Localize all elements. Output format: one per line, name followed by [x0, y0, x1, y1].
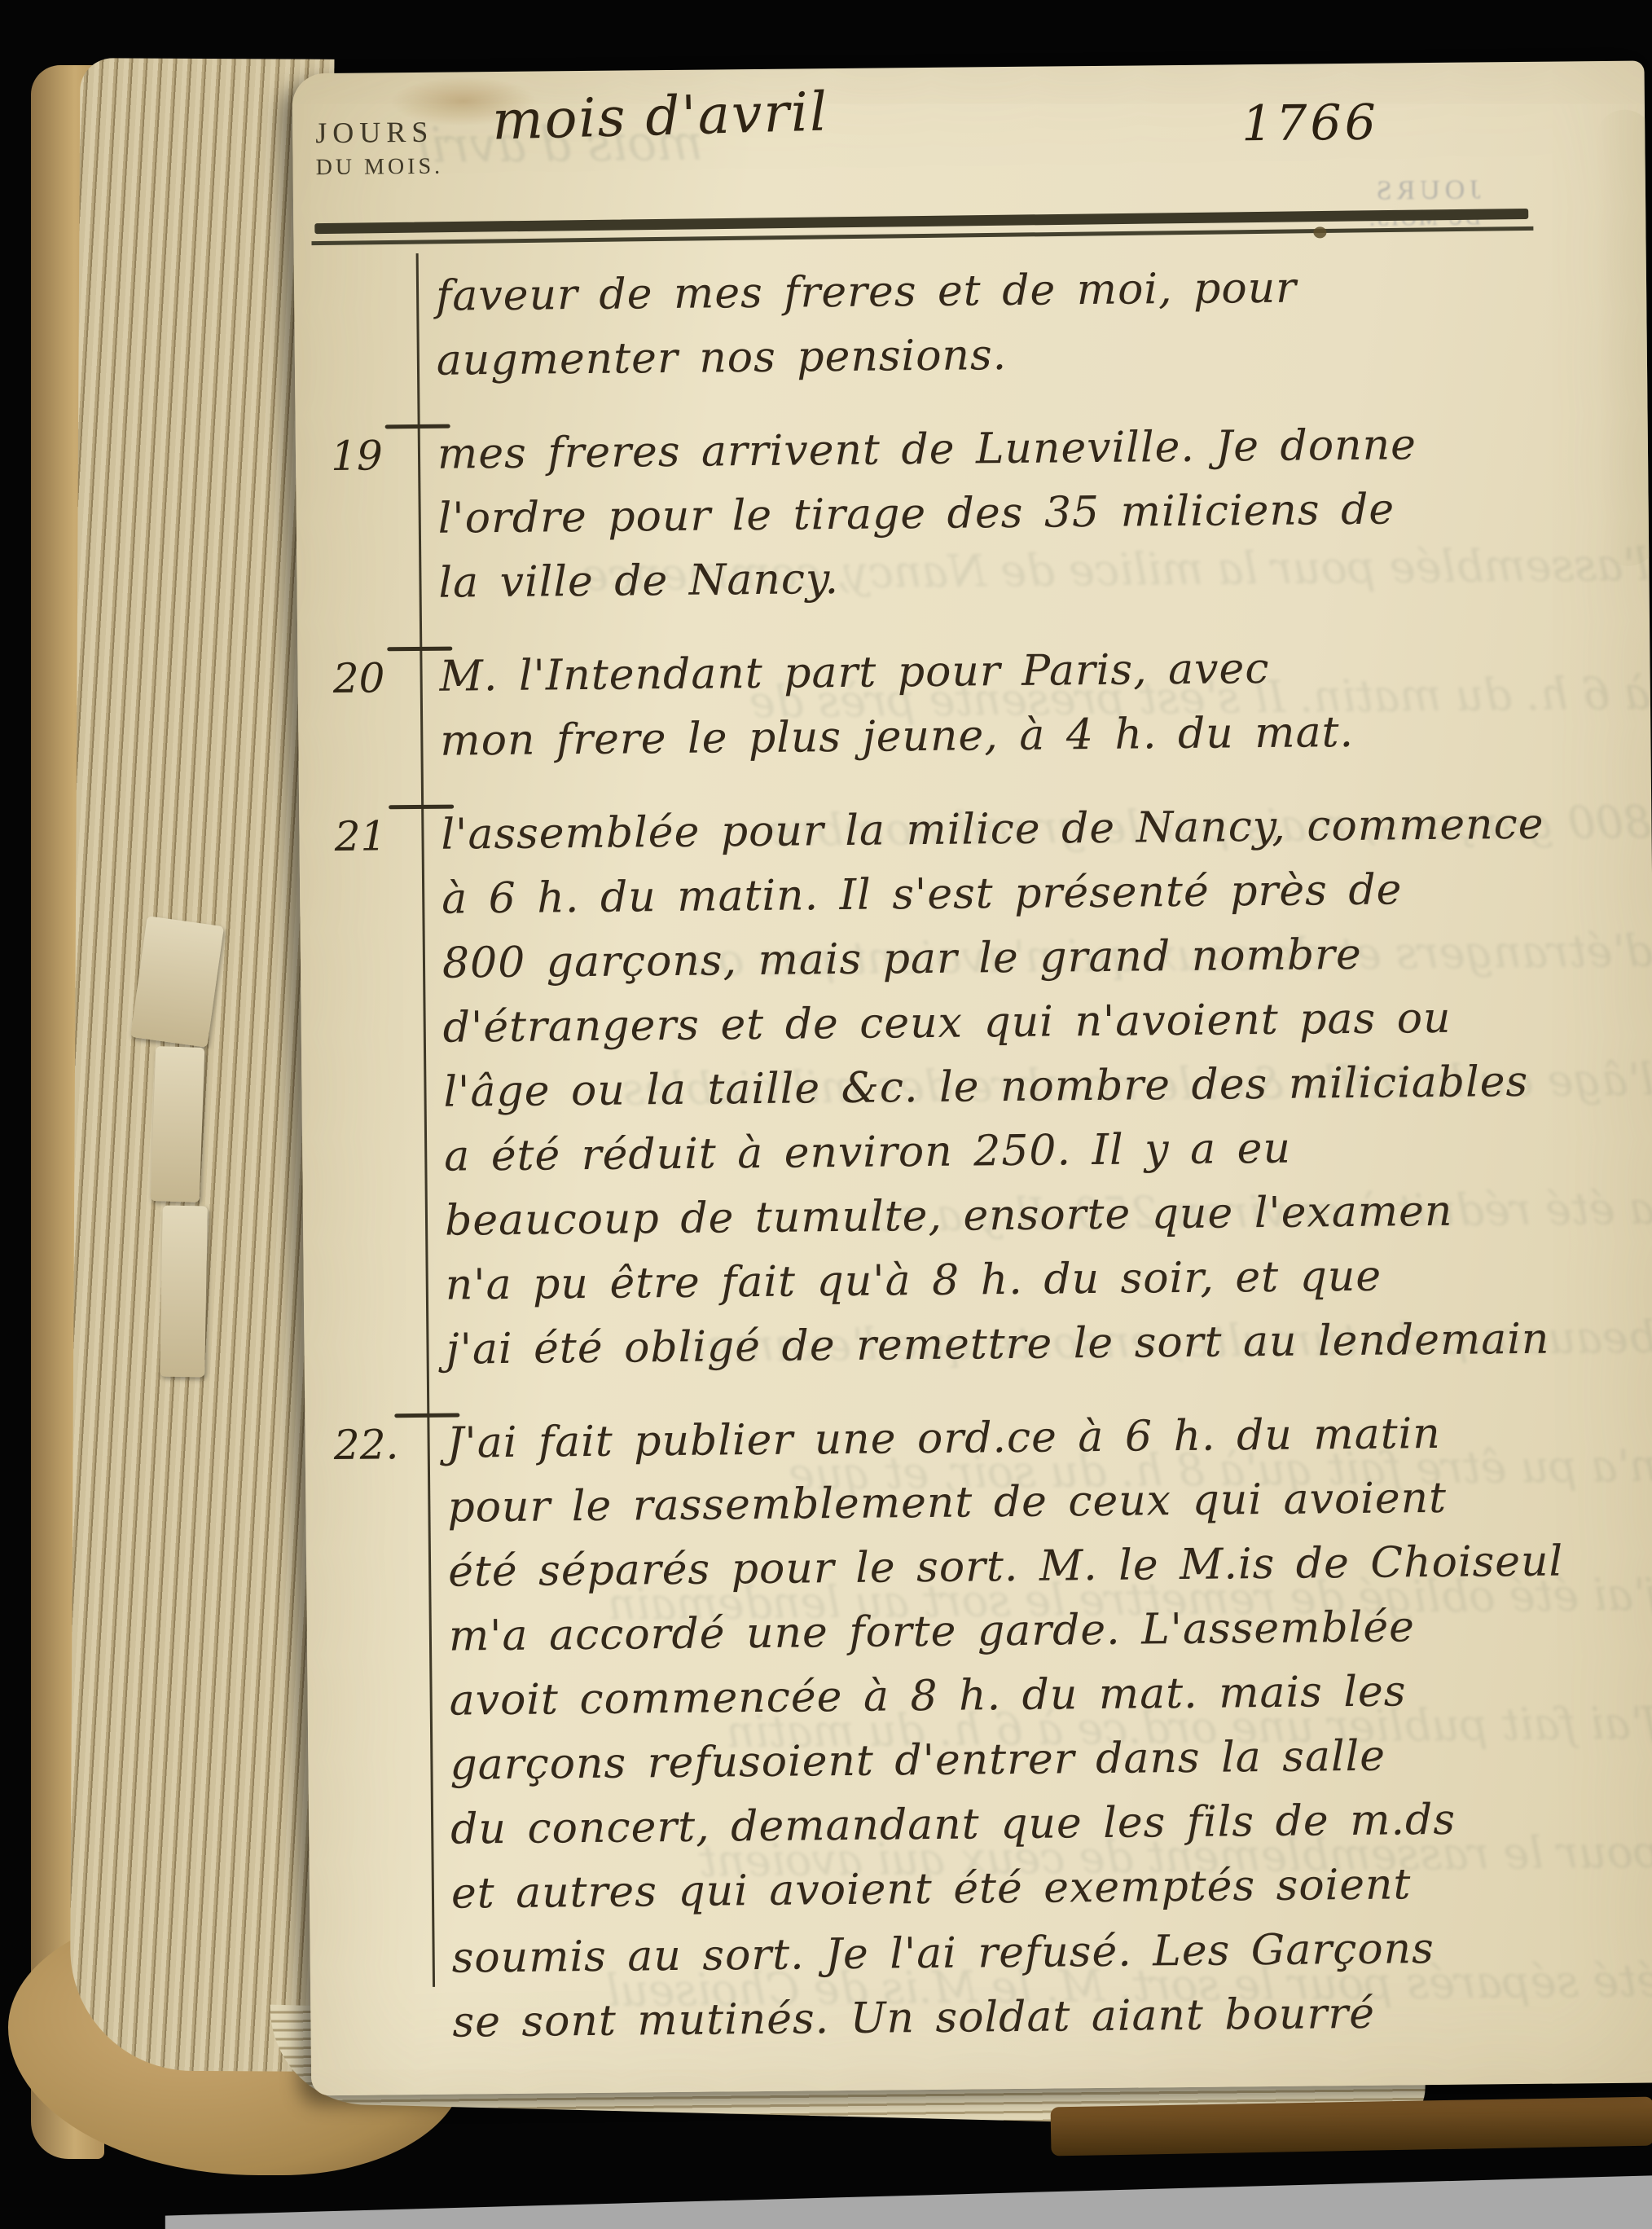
journal-line: l'ordre pour le tirage des 35 miliciens … — [437, 475, 1649, 551]
journal-line: se sont mutinés. Un soldat aiant bourré — [452, 1979, 1652, 2055]
journal-line: J'ai fait publier une ord.ce à 6 h. du m… — [446, 1400, 1652, 1475]
journal-line: m'a accordé une forte garde. L'assemblée — [449, 1593, 1652, 1668]
journal-line: l'âge ou la taille &c. le nombre des mil… — [443, 1049, 1652, 1124]
journal-line: la ville de Nancy. — [438, 539, 1650, 615]
day-number — [294, 265, 418, 394]
journal-line: été séparés pour le sort. M. le M.is de … — [448, 1528, 1652, 1604]
journal-line: d'étrangers et de ceux qui n'avoient pas… — [442, 984, 1652, 1060]
entries: faveur de mes freres et de moi, pouraugm… — [294, 253, 1652, 2056]
journal-line: mon frere le plus jeune, à 4 h. du mat. — [440, 697, 1651, 773]
journal-entry: 22.J'ai fait publier une ord.ce à 6 h. d… — [305, 1400, 1652, 2056]
journal-line: n'a pu être fait qu'à 8 h. du soir, et q… — [445, 1242, 1652, 1317]
day-number: 21 — [299, 803, 427, 1383]
journal-line: soumis au sort. Je l'ai refusé. Les Garç… — [451, 1915, 1652, 1990]
day-number: 22. — [305, 1412, 433, 2056]
journal-line: j'ai été obligé de remettre le sort au l… — [446, 1306, 1652, 1382]
journal-entry: 19mes freres arrivent de Luneville. Je d… — [296, 411, 1650, 617]
entry-text: J'ai fait publier une ord.ce à 6 h. du m… — [427, 1400, 1652, 2055]
printed-column-header: JOURS DU MOIS. — [315, 115, 443, 181]
entry-text: mes freres arrivent de Luneville. Je don… — [418, 411, 1650, 615]
journal-entry: 21l'assemblée pour la milice de Nancy, c… — [299, 791, 1652, 1383]
journal-line: à 6 h. du matin. Il s'est présenté près … — [442, 855, 1652, 931]
handwritten-year: 1766 — [1241, 95, 1379, 153]
journal-line: M. l'Intendant part pour Paris, avec — [439, 633, 1650, 709]
journal-entry: 20M. l'Intendant part pour Paris, avecmo… — [297, 633, 1650, 775]
journal-line: 800 garçons, mais par le grand nombre — [442, 920, 1652, 996]
paper-tab — [151, 1046, 205, 1202]
journal-line: garçons refusoient d'entrer dans la sall… — [450, 1721, 1652, 1797]
entry-text: faveur de mes freres et de moi, pouraugm… — [416, 253, 1647, 393]
printed-column-header-line2: DU MOIS. — [315, 154, 443, 182]
leather-binding-edge — [1051, 2097, 1652, 2156]
journal-line: faveur de mes freres et de moi, pour — [436, 253, 1647, 328]
manuscript-page: mois d'avril JOURS DU MOIS. l'assemblée … — [292, 60, 1652, 2095]
journal-line: avoit commencée à 8 h. du mat. mais les — [449, 1657, 1652, 1733]
day-number: 20 — [297, 645, 421, 775]
journal-line: a été réduit à environ 250. Il y a eu — [444, 1113, 1652, 1189]
journal-line: augmenter nos pensions. — [437, 317, 1648, 393]
bleed-through-line: JOURS — [1367, 174, 1481, 206]
paper-tab — [160, 1206, 208, 1378]
journal-line: du concert, demandant que les fils de m.… — [450, 1786, 1652, 1862]
entry-text: l'assemblée pour la milice de Nancy, com… — [421, 791, 1652, 1382]
journal-line: et autres qui avoient été exemptés soien… — [451, 1850, 1652, 1926]
photo-of-manuscript-book: mois d'avril JOURS DU MOIS. l'assemblée … — [0, 0, 1652, 2229]
day-number: 19 — [296, 423, 420, 617]
journal-line: mes freres arrivent de Luneville. Je don… — [437, 411, 1649, 486]
printed-column-header-line1: JOURS — [315, 115, 443, 151]
handwritten-month-title: mois d'avril — [491, 81, 829, 152]
journal-line: pour le rassemblement de ceux qui avoien… — [447, 1464, 1652, 1540]
entry-text: M. l'Intendant part pour Paris, avecmon … — [420, 633, 1650, 773]
journal-entry: faveur de mes freres et de moi, pouraugm… — [294, 253, 1647, 394]
journal-line: l'assemblée pour la milice de Nancy, com… — [441, 791, 1652, 867]
journal-line: beaucoup de tumulte, ensorte que l'exame… — [445, 1177, 1652, 1253]
bleed-through-header: JOURS DU MOIS. — [1367, 174, 1481, 231]
